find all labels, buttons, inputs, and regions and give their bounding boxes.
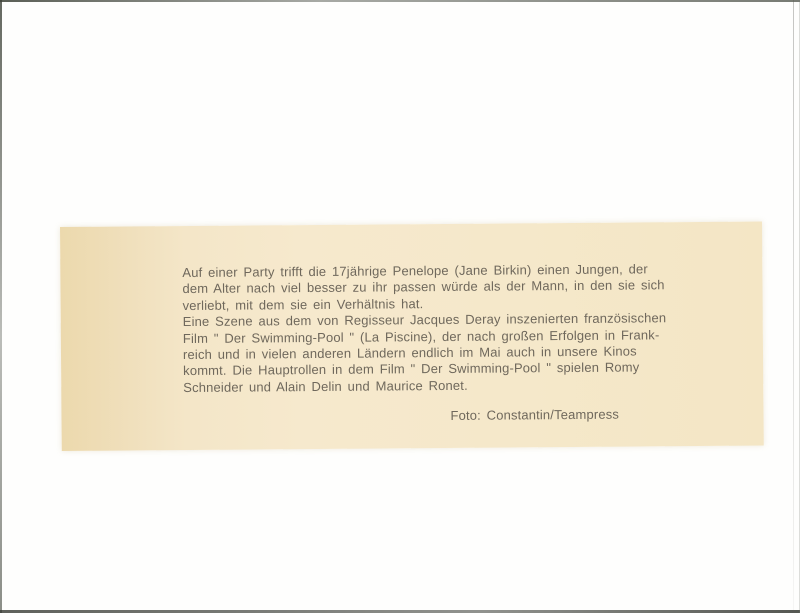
photo-edge-right-crease [793, 0, 794, 613]
caption-label: Auf einer Party trifft die 17jährige Pen… [60, 221, 764, 451]
photo-credit: Foto: Constantin/Teampress [450, 406, 743, 425]
caption-line: Schneider und Alain Delin und Maurice Ro… [183, 375, 743, 396]
photo-edge-left [0, 0, 2, 613]
press-photo-back: Auf einer Party trifft die 17jährige Pen… [0, 0, 800, 613]
photo-edge-top [0, 0, 800, 2]
caption-text: Auf einer Party trifft die 17jährige Pen… [182, 261, 743, 427]
